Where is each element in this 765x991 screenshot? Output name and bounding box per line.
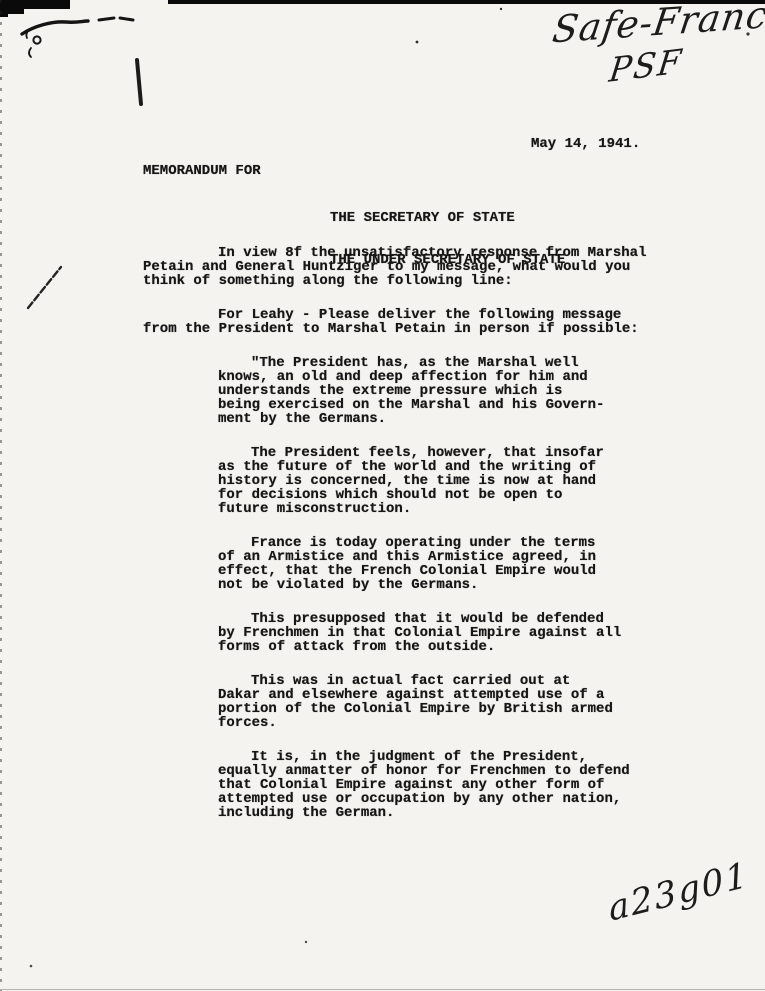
scan-speck: [30, 965, 33, 968]
memo-date: May 14, 1941.: [531, 137, 640, 151]
memo-message-paragraph: This presupposed that it would be defend…: [218, 612, 703, 654]
check-slash-mark: [28, 267, 61, 308]
pen-circle-mark: [33, 36, 40, 43]
memo-message-paragraph: This was in actual fact carried out at D…: [218, 674, 703, 730]
handwritten-psf-label: PSF: [607, 41, 685, 90]
scanned-memo-page: Safe-France PSF a23g01 May 14, 1941. MEM…: [0, 0, 765, 991]
memo-paragraph: In view 8f the unsatisfactory response f…: [143, 246, 703, 288]
addressee-line: THE SECRETARY OF STATE: [330, 211, 565, 225]
memo-message-paragraph: "The President has, as the Marshal well …: [218, 356, 703, 426]
staple-mark: [22, 21, 88, 34]
handwritten-catalog-code: a23g01: [606, 855, 752, 930]
staple-mark: [99, 18, 133, 20]
scan-speck: [500, 8, 502, 10]
scan-speck: [305, 941, 307, 943]
bottom-edge-scan-line: [0, 989, 765, 990]
corner-scan-block: [0, 0, 70, 17]
pen-scratch-mark: [26, 30, 31, 57]
memo-body: In view 8f the unsatisfactory response f…: [143, 246, 703, 840]
memo-heading: MEMORANDUM FOR: [143, 164, 261, 178]
memo-message-paragraph: The President feels, however, that insof…: [218, 446, 703, 516]
memo-message-paragraph: France is today operating under the term…: [218, 536, 703, 592]
pencil-mark-1: [137, 60, 141, 104]
scan-speck: [416, 41, 419, 44]
memo-paragraph: For Leahy - Please deliver the following…: [143, 308, 703, 336]
memo-message-paragraph: It is, in the judgment of the President,…: [218, 750, 703, 820]
